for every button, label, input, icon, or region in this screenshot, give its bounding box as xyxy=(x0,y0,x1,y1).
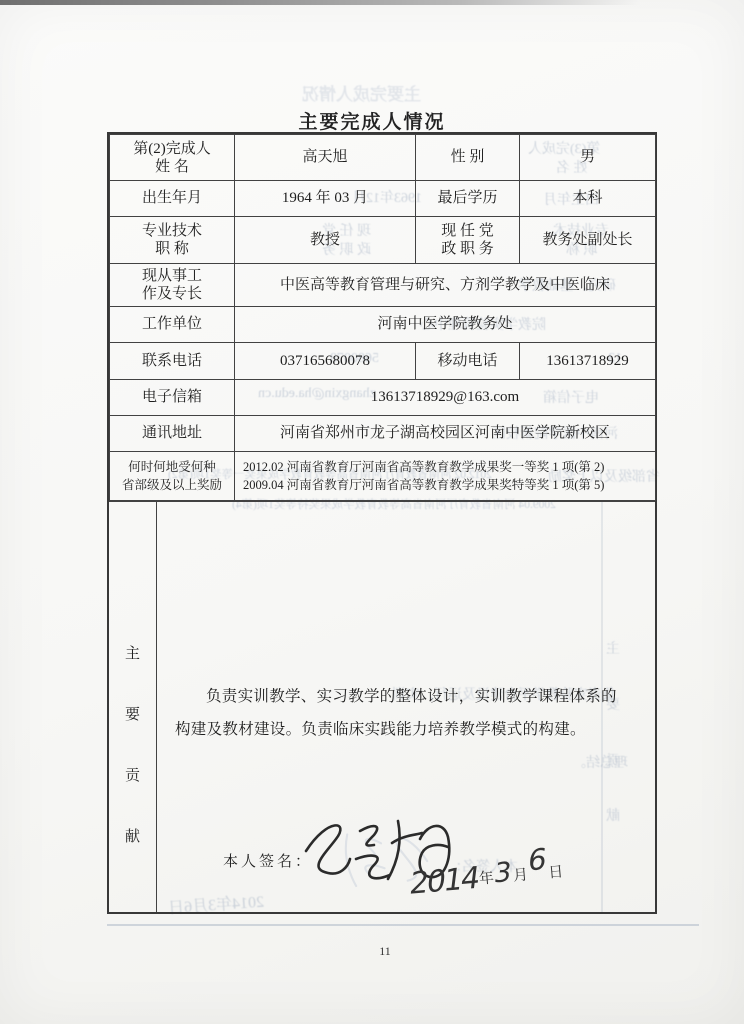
field-label-mobile: 移动电话 xyxy=(416,343,520,380)
table-row: 现从事工 作及专长 中医高等教育管理与研究、方剂学教学及中医临床 xyxy=(110,264,656,307)
value-professional-title: 教授 xyxy=(235,217,416,264)
field-label-current-work: 现从事工 作及专长 xyxy=(110,264,235,307)
value-current-work: 中医高等教育管理与研究、方剂学教学及中医临床 xyxy=(235,264,656,307)
table-row: 工作单位 河南中医学院教务处 xyxy=(110,307,656,343)
value-address: 河南省郑州市龙子湖高校园区河南中医学院新校区 xyxy=(235,416,656,452)
field-label-education: 最后学历 xyxy=(416,181,520,217)
value-birth: 1964 年 03 月 xyxy=(235,181,416,217)
value-name: 高天旭 xyxy=(235,135,416,181)
table-row: 专业技术 职 称 教授 现 任 党 政 职 务 教务处副处长 xyxy=(110,217,656,264)
scan-edge-artifact xyxy=(0,0,640,5)
award-entry: 2009.04 河南省教育厅河南省高等教育教学成果奖特等奖 1 项(第 5) xyxy=(243,476,651,494)
main-contribution-row: 主 要 贡 献 负责实训教学、实习教学的整体设计，实训教学课程体系的 构建及教材… xyxy=(109,501,655,912)
value-position: 教务处副处长 xyxy=(520,217,656,264)
field-label-awards: 何时何地受何种 省部级及以上奖励 xyxy=(110,452,235,501)
main-contribution-content: 负责实训教学、实习教学的整体设计，实训教学课程体系的 构建及教材建设。负责临床实… xyxy=(157,502,655,912)
completer-info-table: 第(2)完成人 姓 名 高天旭 性 别 男 出生年月 1964 年 03 月 最… xyxy=(107,132,657,914)
value-gender: 男 xyxy=(520,135,656,181)
value-mobile: 13613718929 xyxy=(520,343,656,380)
ghost-table-border xyxy=(107,924,699,926)
field-label-email: 电子信箱 xyxy=(110,380,235,416)
value-awards: 2012.02 河南省教育厅河南省高等教育教学成果奖一等奖 1 项(第 2) 2… xyxy=(235,452,656,501)
field-label-main-contribution: 主 要 贡 献 xyxy=(109,502,157,912)
scanned-paper: 主要完成人情况 第(3)完成人 姓 名 1963年12月 出生年月 现 任 党 … xyxy=(0,0,744,1024)
table-row: 出生年月 1964 年 03 月 最后学历 本科 xyxy=(110,181,656,217)
info-grid: 第(2)完成人 姓 名 高天旭 性 别 男 出生年月 1964 年 03 月 最… xyxy=(109,134,656,501)
field-label-position: 现 任 党 政 职 务 xyxy=(416,217,520,264)
page-title: 主要完成人情况 xyxy=(0,107,744,134)
ghost-text: 主要完成人情况 xyxy=(302,80,421,105)
field-label-address: 通讯地址 xyxy=(110,416,235,452)
award-entry: 2012.02 河南省教育厅河南省高等教育教学成果奖一等奖 1 项(第 2) xyxy=(243,458,651,476)
field-label-birth: 出生年月 xyxy=(110,181,235,217)
page-number: 11 xyxy=(0,944,744,959)
field-label-phone: 联系电话 xyxy=(110,343,235,380)
table-row: 通讯地址 河南省郑州市龙子湖高校园区河南中医学院新校区 xyxy=(110,416,656,452)
value-phone: 037165680078 xyxy=(235,343,416,380)
contribution-text: 负责实训教学、实习教学的整体设计，实训教学课程体系的 构建及教材建设。负责临床实… xyxy=(175,680,657,746)
table-row: 电子信箱 13613718929@163.com xyxy=(110,380,656,416)
value-work-unit: 河南中医学院教务处 xyxy=(235,307,656,343)
value-email: 13613718929@163.com xyxy=(235,380,656,416)
table-row: 联系电话 037165680078 移动电话 13613718929 xyxy=(110,343,656,380)
table-row: 第(2)完成人 姓 名 高天旭 性 别 男 xyxy=(110,135,656,181)
table-row: 何时何地受何种 省部级及以上奖励 2012.02 河南省教育厅河南省高等教育教学… xyxy=(110,452,656,501)
field-label-gender: 性 别 xyxy=(416,135,520,181)
value-education: 本科 xyxy=(520,181,656,217)
field-label-completer-name: 第(2)完成人 姓 名 xyxy=(110,135,235,181)
field-label-work-unit: 工作单位 xyxy=(110,307,235,343)
field-label-professional-title: 专业技术 职 称 xyxy=(110,217,235,264)
